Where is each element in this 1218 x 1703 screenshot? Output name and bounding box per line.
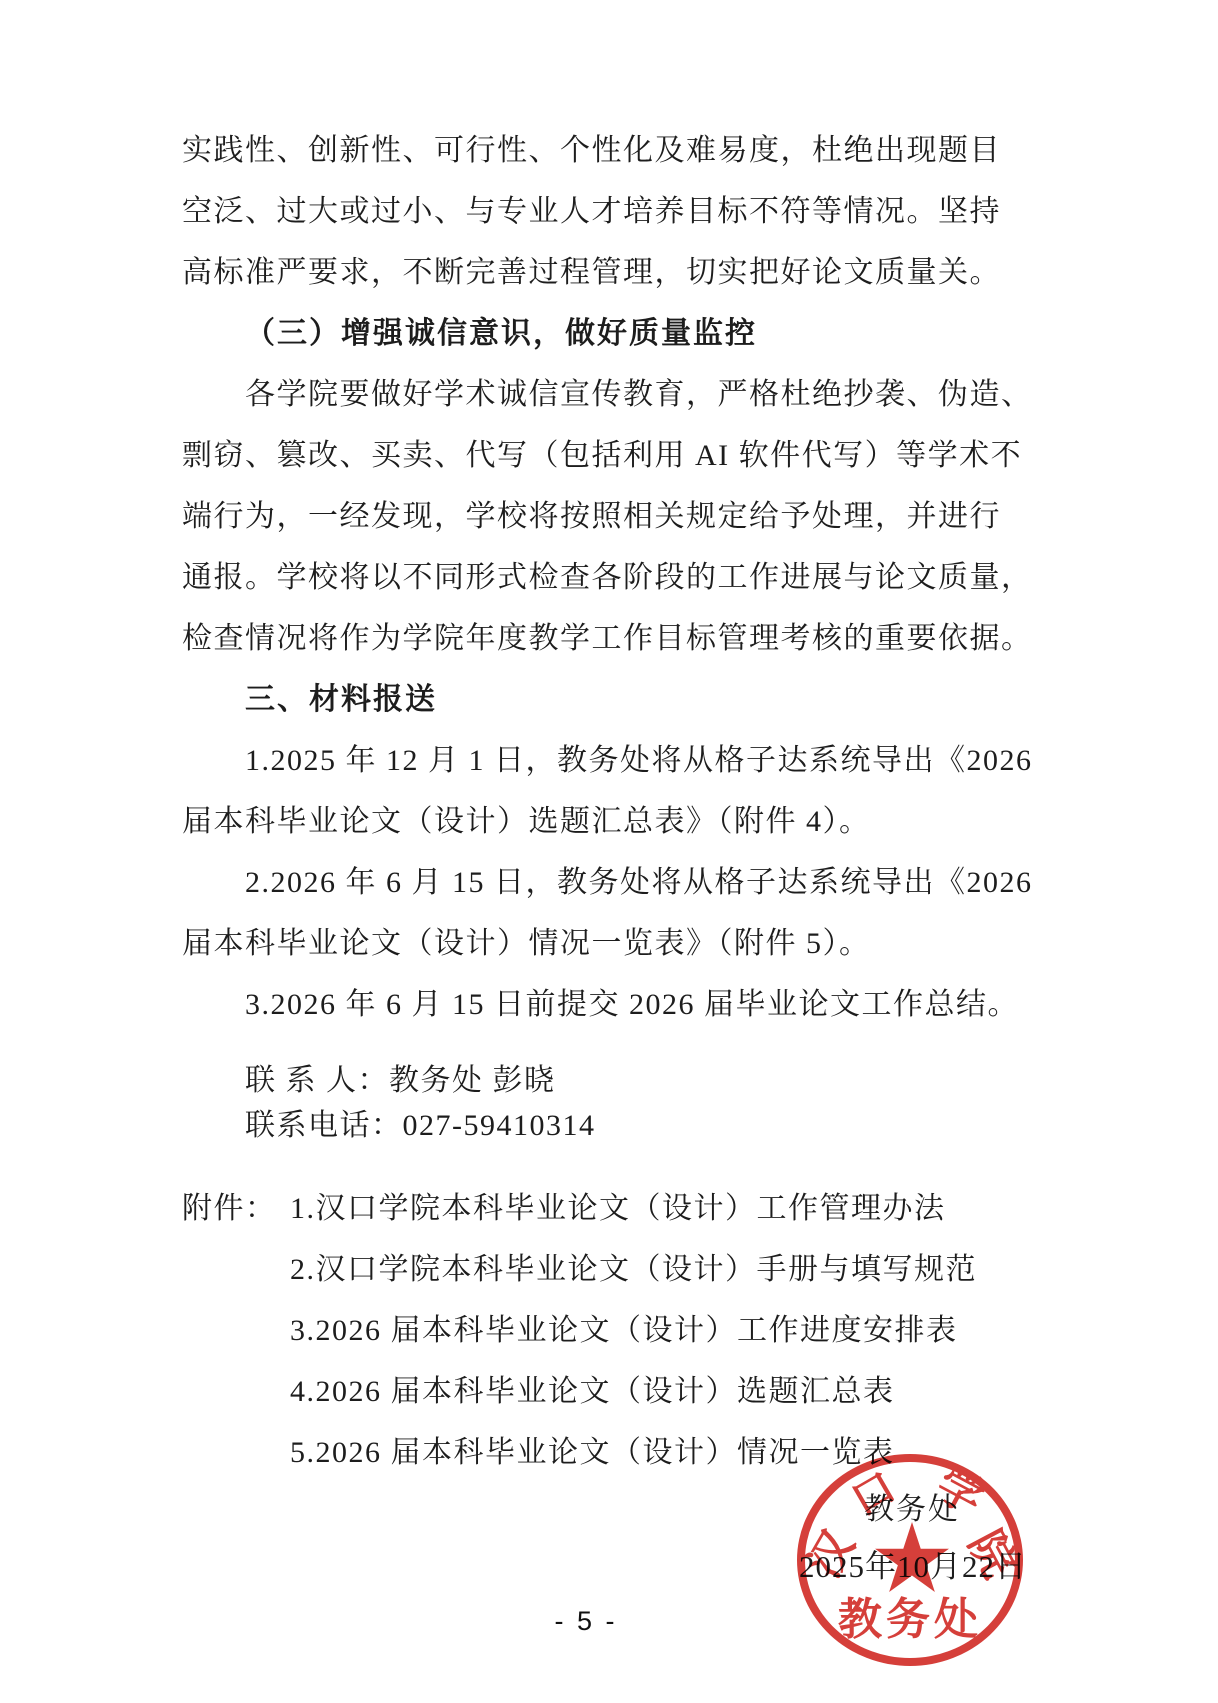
text-line: 届本科毕业论文（设计）情况一览表》（附件 5）。 [182, 913, 1062, 974]
text-line: 端行为，一经发现，学校将按照相关规定给予处理，并进行 [182, 486, 1062, 547]
contact-phone-line: 联系电话：027-59410314 [182, 1103, 1062, 1148]
text-line: 三、材料报送 [182, 669, 1062, 730]
attachment-item: 3.2026 届本科毕业论文（设计）工作进度安排表 [290, 1300, 977, 1361]
attachments-label: 附件： [182, 1178, 290, 1239]
text-line: 空泛、过大或过小、与专业人才培养目标不符等情况。坚持 [182, 181, 1062, 242]
attachment-item: 4.2026 届本科毕业论文（设计）选题汇总表 [290, 1361, 977, 1422]
text-line: 剽窃、篡改、买卖、代写（包括利用 AI 软件代写）等学术不 [182, 425, 1062, 486]
seal-ring-char: 汉 [801, 1524, 862, 1585]
text-line: 2.2026 年 6 月 15 日，教务处将从格子达系统导出《2026 [182, 852, 1062, 913]
seal-ring-char: 院 [961, 1524, 1022, 1585]
contact-block: 联 系 人：教务处 彭晓 联系电话：027-59410314 [182, 1058, 1062, 1148]
document-body: 实践性、创新性、可行性、个性化及难易度，杜绝出现题目空泛、过大或过小、与专业人才… [182, 120, 1062, 1483]
text-line: 各学院要做好学术诚信宣传教育，严格杜绝抄袭、伪造、 [182, 364, 1062, 425]
text-line: 实践性、创新性、可行性、个性化及难易度，杜绝出现题目 [182, 120, 1062, 181]
seal-ring-char: 口 [845, 1466, 902, 1523]
text-line: 高标准严要求，不断完善过程管理，切实把好论文质量关。 [182, 242, 1062, 303]
contact-person-line: 联 系 人：教务处 彭晓 [182, 1058, 1062, 1103]
text-line: 检查情况将作为学院年度教学工作目标管理考核的重要依据。 [182, 608, 1062, 669]
attachment-item: 2.汉口学院本科毕业论文（设计）手册与填写规范 [290, 1239, 977, 1300]
text-line: （三）增强诚信意识，做好质量监控 [182, 303, 1062, 364]
text-line: 通报。学校将以不同形式检查各阶段的工作进展与论文质量， [182, 547, 1062, 608]
text-line: 1.2025 年 12 月 1 日，教务处将从格子达系统导出《2026 [182, 730, 1062, 791]
attachments-list: 1.汉口学院本科毕业论文（设计）工作管理办法2.汉口学院本科毕业论文（设计）手册… [290, 1178, 977, 1483]
text-line: 3.2026 年 6 月 15 日前提交 2026 届毕业论文工作总结。 [182, 974, 1062, 1035]
paragraph-lines: 实践性、创新性、可行性、个性化及难易度，杜绝出现题目空泛、过大或过小、与专业人才… [182, 120, 1062, 1035]
text-line: 届本科毕业论文（设计）选题汇总表》（附件 4）。 [182, 791, 1062, 852]
attachment-item: 1.汉口学院本科毕业论文（设计）工作管理办法 [290, 1178, 977, 1239]
attachments-block: 附件： 1.汉口学院本科毕业论文（设计）工作管理办法2.汉口学院本科毕业论文（设… [182, 1178, 1062, 1483]
star-icon [875, 1522, 949, 1592]
document-page: 实践性、创新性、可行性、个性化及难易度，杜绝出现题目空泛、过大或过小、与专业人才… [0, 0, 1218, 1703]
page-number: - 5 - [0, 1606, 1172, 1637]
